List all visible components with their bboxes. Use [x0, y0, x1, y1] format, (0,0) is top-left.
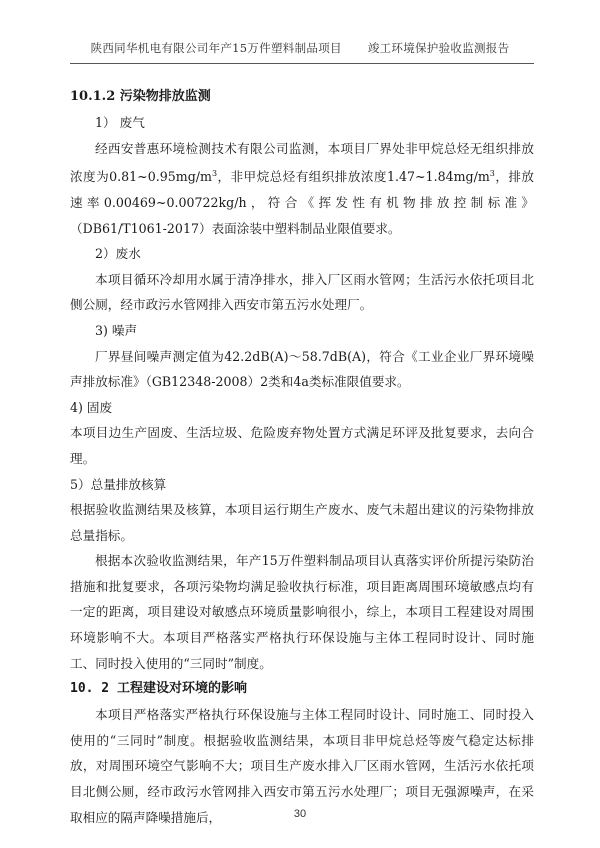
- section-heading-10-2: 10. 2 工程建设对环境的影响: [70, 676, 534, 702]
- header-report-title: 竣工环境保护验收监测报告: [368, 41, 510, 55]
- subsection-label-waste-gas: 1） 废气: [70, 110, 534, 136]
- paragraph-waste-water: 本项目循环冷却用水属于清净排水，排入厂区雨水管网；生活污水依托项目北侧公厕，经市…: [70, 267, 534, 318]
- paragraph-waste-gas: 经西安普惠环境检测技术有限公司监测，本项目厂界处非甲烷总烃无组织排放浓度为0.8…: [70, 136, 534, 242]
- subsection-label-total-emission: 5）总量排放核算: [70, 472, 534, 498]
- page-body: 10.1.2 污染物排放监测 1） 废气 经西安普惠环境检测技术有限公司监测，本…: [70, 84, 534, 830]
- page-number: 30: [0, 808, 600, 820]
- header-project-title: 陕西同华机电有限公司年产15万件塑料制品项目: [91, 41, 342, 55]
- paragraph-solid-waste: 本项目边生产固废、生活垃圾、危险废弃物处置方式满足环评及批复要求，去向合理。: [70, 420, 534, 471]
- paragraph-total-emission: 根据验收监测结果及核算，本项目运行期生产废水、废气未超出建议的污染物排放总量指标…: [70, 497, 534, 548]
- header-divider: [70, 63, 534, 64]
- running-header: 陕西同华机电有限公司年产15万件塑料制品项目竣工环境保护验收监测报告: [0, 40, 600, 56]
- paragraph-noise: 厂界昼间噪声测定值为42.2dB(A)～58.7dB(A)，符合《工业企业厂界环…: [70, 344, 534, 395]
- section-heading-10-1-2: 10.1.2 污染物排放监测: [70, 84, 534, 110]
- subsection-label-solid-waste: 4) 固废: [70, 395, 534, 421]
- subsection-label-waste-water: 2）废水: [70, 241, 534, 267]
- paragraph-summary: 根据本次验收监测结果，年产15万件塑料制品项目认真落实评价所提污染防治措施和批复…: [70, 548, 534, 676]
- subsection-label-noise: 3) 噪声: [70, 318, 534, 344]
